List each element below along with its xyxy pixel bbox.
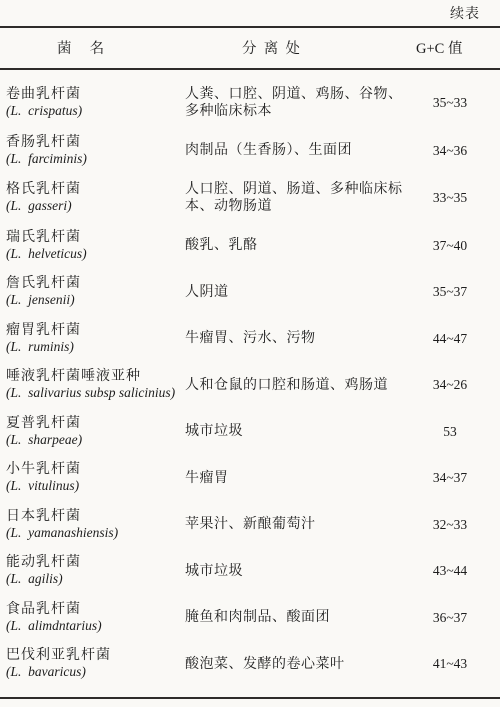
isolation-source-cell: 城市垃圾 bbox=[185, 563, 414, 580]
gc-value-cell: 35~37 bbox=[414, 284, 500, 300]
isolation-source-cell: 城市垃圾 bbox=[185, 423, 414, 440]
species-name-latin: (L. alimdntarius) bbox=[6, 618, 185, 634]
table-header: 菌 名 分 离 处 G+C 值 bbox=[0, 28, 500, 68]
species-name-chinese: 夏普乳杆菌 bbox=[6, 416, 185, 432]
species-name-cell: 香肠乳杆菌 (L. farciminis) bbox=[6, 135, 185, 167]
species-name-chinese: 能动乳杆菌 bbox=[6, 555, 185, 571]
table-body: 卷曲乳杆菌 (L. crispatus) 人粪、口腔、阴道、鸡肠、谷物、多种临床… bbox=[0, 70, 500, 697]
species-name-latin: (L. helveticus) bbox=[6, 246, 185, 262]
table-row: 香肠乳杆菌 (L. farciminis) 肉制品（生香肠）、生面团 34~36 bbox=[0, 135, 500, 167]
species-name-chinese: 格氏乳杆菌 bbox=[6, 182, 185, 198]
species-name-latin: (L. crispatus) bbox=[6, 103, 185, 119]
species-name-chinese: 瘤胃乳杆菌 bbox=[6, 323, 185, 339]
table-row: 唾液乳杆菌唾液亚种 (L. salivarius subsp saliciniu… bbox=[0, 369, 500, 401]
table-row: 日本乳杆菌 (L. yamanashiensis) 苹果汁、新酿葡萄汁 32~3… bbox=[0, 509, 500, 541]
species-name-cell: 瑞氏乳杆菌 (L. helveticus) bbox=[6, 230, 185, 262]
species-name-latin: (L. bavaricus) bbox=[6, 664, 185, 680]
table-bottom-rule bbox=[0, 697, 500, 700]
isolation-source-cell: 人阴道 bbox=[185, 284, 414, 301]
gc-value-cell: 53 bbox=[414, 424, 500, 440]
table-row: 詹氏乳杆菌 (L. jensenii) 人阴道 35~37 bbox=[0, 276, 500, 308]
isolation-source-cell: 腌鱼和肉制品、酸面团 bbox=[185, 609, 414, 626]
continued-label-text: 续表 bbox=[450, 7, 480, 22]
isolation-source-cell: 人和仓鼠的口腔和肠道、鸡肠道 bbox=[185, 377, 414, 394]
isolation-source-cell: 苹果汁、新酿葡萄汁 bbox=[185, 516, 414, 533]
gc-value-cell: 32~33 bbox=[414, 517, 500, 533]
species-name-chinese: 唾液乳杆菌唾液亚种 bbox=[6, 369, 185, 385]
gc-value-cell: 34~37 bbox=[414, 470, 500, 486]
table-row: 夏普乳杆菌 (L. sharpeae) 城市垃圾 53 bbox=[0, 416, 500, 448]
gc-value-cell: 33~35 bbox=[414, 190, 500, 206]
species-name-cell: 瘤胃乳杆菌 (L. ruminis) bbox=[6, 323, 185, 355]
header-cell-gc-value: G+C 值 bbox=[414, 37, 500, 58]
species-name-latin: (L. vitulinus) bbox=[6, 478, 185, 494]
isolation-source-cell: 肉制品（生香肠）、生面团 bbox=[185, 142, 414, 159]
species-name-chinese: 小牛乳杆菌 bbox=[6, 462, 185, 478]
species-name-chinese: 詹氏乳杆菌 bbox=[6, 276, 185, 292]
gc-value-cell: 37~40 bbox=[414, 238, 500, 254]
gc-value-cell: 43~44 bbox=[414, 563, 500, 579]
species-name-cell: 詹氏乳杆菌 (L. jensenii) bbox=[6, 276, 185, 308]
table-row: 卷曲乳杆菌 (L. crispatus) 人粪、口腔、阴道、鸡肠、谷物、多种临床… bbox=[0, 86, 500, 120]
species-name-chinese: 卷曲乳杆菌 bbox=[6, 87, 185, 103]
gc-value-cell: 34~36 bbox=[414, 143, 500, 159]
species-name-latin: (L. ruminis) bbox=[6, 339, 185, 355]
isolation-source-cell: 酸乳、乳酪 bbox=[185, 237, 414, 254]
species-name-chinese: 瑞氏乳杆菌 bbox=[6, 230, 185, 246]
species-name-cell: 小牛乳杆菌 (L. vitulinus) bbox=[6, 462, 185, 494]
isolation-source-cell: 牛瘤胃、污水、污物 bbox=[185, 330, 414, 347]
continued-table-label: 续表 bbox=[0, 0, 500, 26]
isolation-source-cell: 酸泡菜、发酵的卷心菜叶 bbox=[185, 656, 414, 673]
isolation-source-cell: 牛瘤胃 bbox=[185, 470, 414, 487]
species-name-cell: 食品乳杆菌 (L. alimdntarius) bbox=[6, 602, 185, 634]
species-name-cell: 夏普乳杆菌 (L. sharpeae) bbox=[6, 416, 185, 448]
species-name-chinese: 巴伐利亚乳杆菌 bbox=[6, 648, 185, 664]
gc-value-cell: 35~33 bbox=[414, 95, 500, 111]
species-name-chinese: 香肠乳杆菌 bbox=[6, 135, 185, 151]
species-name-cell: 格氏乳杆菌 (L. gasseri) bbox=[6, 182, 185, 214]
species-name-cell: 能动乳杆菌 (L. agilis) bbox=[6, 555, 185, 587]
species-name-latin: (L. yamanashiensis) bbox=[6, 525, 185, 541]
gc-value-cell: 41~43 bbox=[414, 656, 500, 672]
scanned-document-page: 续表 菌 名 分 离 处 G+C 值 卷曲乳杆菌 (L. crispatus) … bbox=[0, 0, 500, 707]
species-name-latin: (L. gasseri) bbox=[6, 198, 185, 214]
gc-value-cell: 34~26 bbox=[414, 377, 500, 393]
gc-value-cell: 44~47 bbox=[414, 331, 500, 347]
species-name-latin: (L. jensenii) bbox=[6, 292, 185, 308]
gc-value-cell: 36~37 bbox=[414, 610, 500, 626]
species-name-chinese: 日本乳杆菌 bbox=[6, 509, 185, 525]
table-row: 食品乳杆菌 (L. alimdntarius) 腌鱼和肉制品、酸面团 36~37 bbox=[0, 602, 500, 634]
table-row: 格氏乳杆菌 (L. gasseri) 人口腔、阴道、肠道、多种临床标本、动物肠道… bbox=[0, 181, 500, 215]
species-name-cell: 日本乳杆菌 (L. yamanashiensis) bbox=[6, 509, 185, 541]
header-cell-species-name: 菌 名 bbox=[6, 37, 185, 58]
isolation-source-cell: 人口腔、阴道、肠道、多种临床标本、动物肠道 bbox=[185, 181, 414, 215]
species-name-chinese: 食品乳杆菌 bbox=[6, 602, 185, 618]
species-name-latin: (L. agilis) bbox=[6, 571, 185, 587]
species-name-latin: (L. farciminis) bbox=[6, 151, 185, 167]
species-name-latin: (L. salivarius subsp salicinius) bbox=[6, 385, 185, 401]
table-row: 小牛乳杆菌 (L. vitulinus) 牛瘤胃 34~37 bbox=[0, 462, 500, 494]
species-name-cell: 唾液乳杆菌唾液亚种 (L. salivarius subsp saliciniu… bbox=[6, 369, 185, 401]
species-name-cell: 卷曲乳杆菌 (L. crispatus) bbox=[6, 87, 185, 119]
header-cell-isolation-source: 分 离 处 bbox=[185, 37, 414, 58]
table-row: 巴伐利亚乳杆菌 (L. bavaricus) 酸泡菜、发酵的卷心菜叶 41~43 bbox=[0, 648, 500, 680]
isolation-source-cell: 人粪、口腔、阴道、鸡肠、谷物、多种临床标本 bbox=[185, 86, 414, 120]
table-row: 瑞氏乳杆菌 (L. helveticus) 酸乳、乳酪 37~40 bbox=[0, 230, 500, 262]
species-name-latin: (L. sharpeae) bbox=[6, 432, 185, 448]
species-name-cell: 巴伐利亚乳杆菌 (L. bavaricus) bbox=[6, 648, 185, 680]
table-row: 瘤胃乳杆菌 (L. ruminis) 牛瘤胃、污水、污物 44~47 bbox=[0, 323, 500, 355]
table-row: 能动乳杆菌 (L. agilis) 城市垃圾 43~44 bbox=[0, 555, 500, 587]
